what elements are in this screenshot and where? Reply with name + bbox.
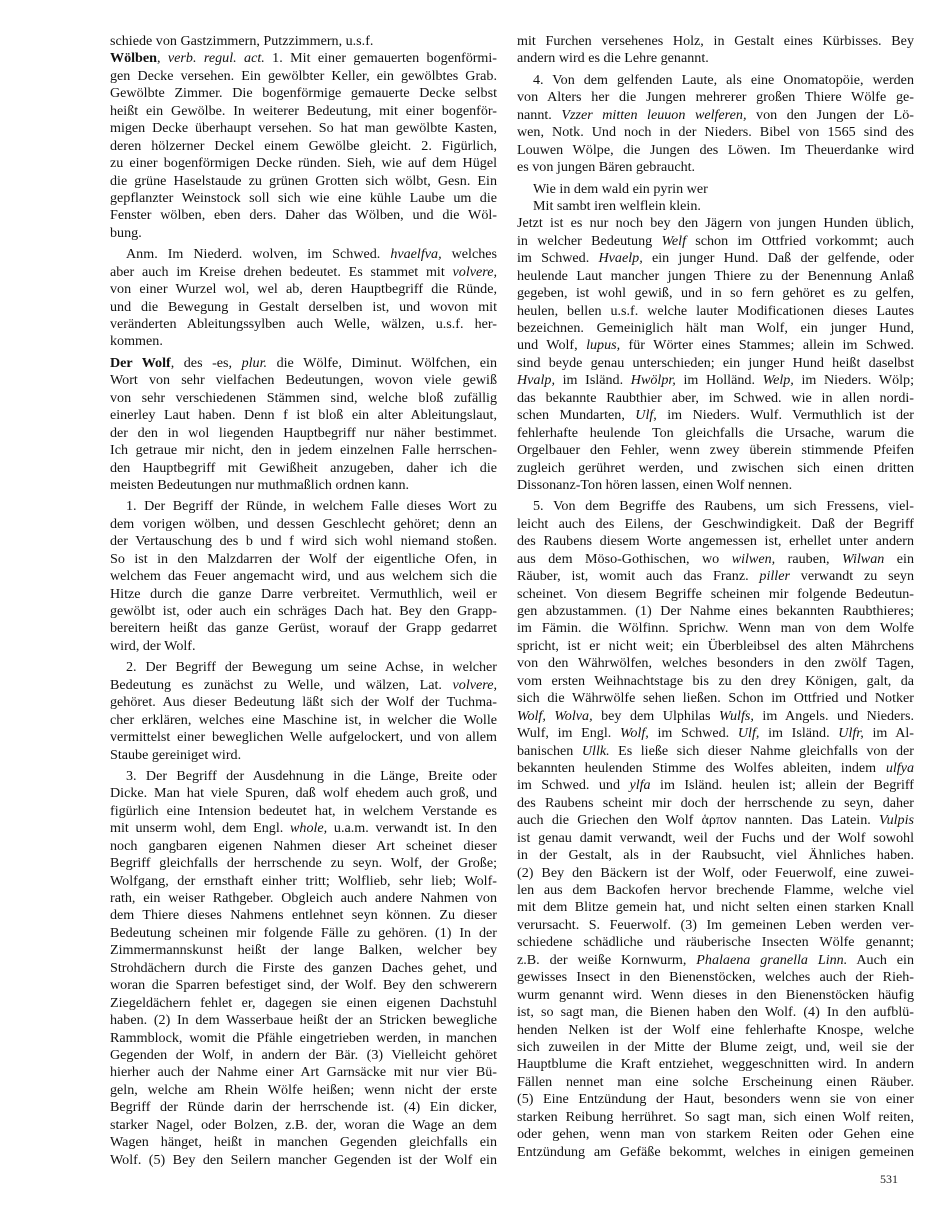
text-line: das bekannte Raubthier aber, im Schwed. … [517, 390, 914, 407]
text-line: sich zuweilen in der Mitte der Blume zei… [517, 1039, 914, 1056]
text-line: vermittelst einer beweglichen Welle aufg… [110, 729, 497, 746]
text-line: Mit sambt iren welflein klein. [517, 198, 914, 215]
text-line: von den Währwölfen, welches besonders in… [517, 655, 914, 672]
right-column: mit Furchen versehenes Holz, in Gestalt … [517, 33, 914, 1161]
text-line: hierher auch der Nahme einer Art Garnsäc… [110, 1064, 497, 1081]
text-line: cher erklären, welches eine Maschine ist… [110, 712, 497, 729]
text-line: Ziegeldächern fehlet er, dagegen sie ein… [110, 995, 497, 1012]
text-line: mit Furchen versehenes Holz, in Gestalt … [517, 33, 914, 50]
text-line: Dicke. Man hat viele Spuren, daß wolf eh… [110, 785, 497, 802]
text-line: 2. Der Begriff der Bewegung um seine Ach… [110, 659, 497, 676]
dictionary-page: schiede von Gastzimmern, Putzzimmern, u.… [0, 0, 935, 1210]
text-line: bung. [110, 225, 497, 242]
text-line: Hitze durch die ganze Darre verbreitet. … [110, 586, 497, 603]
text-line: und die Bewegung in Gestalt derselben is… [110, 299, 497, 316]
text-line: gewisses Insect in den Bienenstöcken, we… [517, 969, 914, 986]
text-line: len aus dem Backofen hervor brechende Fl… [517, 882, 914, 899]
text-line: veränderten Ableitungssylben auch Welle,… [110, 316, 497, 333]
text-line: der den in wol liegenden Hauptbegriff nu… [110, 425, 497, 442]
text-line: oder gehen, wenn man von starkem Reiten … [517, 1126, 914, 1143]
text-line: des Raubens diesem Worte angemessen ist,… [517, 533, 914, 550]
text-line: mit unserm wohl, dem Engl. whole, u.a.m.… [110, 820, 497, 837]
text-line: heißt ein Gewölbe. In weiterer Bedeutung… [110, 103, 497, 120]
text-line: und Wolf, lupus, für Wörter eines Stamme… [517, 337, 914, 354]
text-line: (5) Eine Entzündung der Haut, besonders … [517, 1091, 914, 1108]
text-line: noch gangbaren eigenen Nahmen dieser Art… [110, 838, 497, 855]
text-line: wird, der Wolf. [110, 638, 497, 655]
text-line: Hvalp, im Isländ. Hwölpr, im Holländ. We… [517, 372, 914, 389]
text-line: Rammblock, womit die Pfähle eingetrieben… [110, 1030, 497, 1047]
text-line: gewölbt ist, oder auch ein schräges Dach… [110, 603, 497, 620]
text-line: geln, welche am Rhein Wölfe heißen; wenn… [110, 1082, 497, 1099]
text-line: mit dem Blitze gemein hat, und nicht sel… [517, 899, 914, 916]
text-line: starken Reibung herrühret. So sagt man, … [517, 1109, 914, 1126]
text-line: bereitern heißt das ganze Gerüst, worauf… [110, 620, 497, 637]
text-line: 5. Von dem Begriffe des Raubens, um sich… [517, 498, 914, 515]
text-line: haben. (2) In dem Wasserbaue heißt der a… [110, 1012, 497, 1029]
text-line: aus dem Möso-Gothischen, wo wilwen, raub… [517, 551, 914, 568]
text-line: nannt. Vzzer mitten leuuon welferen, von… [517, 107, 914, 124]
text-line: ist genau damit verwandt, weil der Fuchs… [517, 830, 914, 847]
text-line: gegeben, ist wohl gewiß, und in so fern … [517, 285, 914, 302]
text-line: Wolfgang, der ernsthaft einher tritt; Wo… [110, 873, 497, 890]
text-line: dem vorigen wölben, und dessen Geschlech… [110, 516, 497, 533]
left-column: schiede von Gastzimmern, Putzzimmern, u.… [110, 33, 497, 1169]
text-line: Räuber, ist, womit auch das Franz. pille… [517, 568, 914, 585]
text-line: wen, Notk. Und noch in der Nieders. Bibe… [517, 124, 914, 141]
text-line: Gegenden der Wolf, in andern der Bär. (3… [110, 1047, 497, 1064]
text-line: in welcher Bedeutung Welf schon im Ottfr… [517, 233, 914, 250]
text-line: leicht auch des Eilens, der Geschwindigk… [517, 516, 914, 533]
text-line: woran die Sparren befestiget sind, der W… [110, 977, 497, 994]
text-line: in der Gestalt, als in der Raubsucht, vi… [517, 847, 914, 864]
text-line: einerley Laut haben. Denn f ist bloß ein… [110, 407, 497, 424]
text-line: sich die Währwölfe sehen ließen. Schon i… [517, 690, 914, 707]
text-line: Wulf, im Engl. Wolf, im Schwed. Ulf, im … [517, 725, 914, 742]
text-line: starker Nagel, oder Bolzen, z.B. der, wo… [110, 1117, 497, 1134]
text-line: von sehr verschiedenen Stämmen sind, wel… [110, 390, 497, 407]
text-line: Anm. Im Niederd. wolven, im Schwed. hvae… [110, 246, 497, 263]
text-line: 1. Der Begriff der Ründe, in welchem Fal… [110, 498, 497, 515]
text-line: aber auch im Kreise drehen bedeutet. Es … [110, 264, 497, 281]
text-line: Fällen nennet man eine solche Erscheinun… [517, 1074, 914, 1091]
text-line: Begriff gleichfalls der herrschende zu s… [110, 855, 497, 872]
text-line: des Raubens scheint mir doch der herrsch… [517, 795, 914, 812]
text-line: Jetzt ist es nur noch bey den Jägern von… [517, 215, 914, 232]
text-line: fehlerhafte heulende Ton gleichfalls die… [517, 425, 914, 442]
text-line: dem Thiere dieses Nahmens entlehnet seyn… [110, 907, 497, 924]
text-line: Der Wolf, des -es, plur. die Wölfe, Dimi… [110, 355, 497, 372]
text-line: scheinet. Von diesem Begriffe scheinen m… [517, 586, 914, 603]
text-line: schen Mundarten, Ulf, im Nieders. Wulf. … [517, 407, 914, 424]
text-line: Bedeutung scheinen mir folgende Fälle zu… [110, 925, 497, 942]
text-line: rath, ein weiser Rathgeber. Obgleich auc… [110, 890, 497, 907]
text-line: Strohdächern durch die Firste des ganzen… [110, 960, 497, 977]
text-line: bekannten heulenden Stimme des Wolfes ab… [517, 760, 914, 777]
text-line: heulen, bellen u.s.f. welche lauter Modi… [517, 303, 914, 320]
text-line: meisten Bedeutungen nur muthmaßlich ordn… [110, 477, 497, 494]
text-line: banischen Ullk. Es ließe sich dieser Nah… [517, 743, 914, 760]
text-line: die grüne Haselstaude zu grünen Grotten … [110, 173, 497, 190]
text-line: gen abzustammen. (1) Der Nahme eines bek… [517, 603, 914, 620]
text-line: sind beyde genau unterschieden; ein jung… [517, 355, 914, 372]
text-line: zu einer bogenförmigen Decke ründen. Sie… [110, 155, 497, 172]
text-line: kommen. [110, 333, 497, 350]
text-line: Wagen hänget, heißt in manchen Gegenden … [110, 1134, 497, 1151]
text-line: es von jungen Bären gebraucht. [517, 159, 914, 176]
text-line: auch die Griechen den Wolf ἁρπον nannten… [517, 812, 914, 829]
text-line: vom ersten Weihnachtstage bis zu den dre… [517, 673, 914, 690]
text-line: gehöret. Aus dieser Bedeutung läßt sich … [110, 694, 497, 711]
text-line: Wie in dem wald ein pyrin wer [517, 181, 914, 198]
text-line: Bedeutung es zunächst zu Welle, und wälz… [110, 677, 497, 694]
text-line: Louwen Wölpe, die Jungen des Löwen. Im T… [517, 142, 914, 159]
text-line: henden Nelken ist der Wolf eine fehlerha… [517, 1022, 914, 1039]
text-line: bezeichnen. Gemeiniglich hält man Wolf, … [517, 320, 914, 337]
text-line: den Hauptbegriff mit Gewißheit anzugeben… [110, 460, 497, 477]
text-line: 3. Der Begriff der Ausdehnung in die Län… [110, 768, 497, 785]
text-line: heulende Laut mancher jungen Thiere zu d… [517, 268, 914, 285]
text-line: gen Decke versehen. Ein gewölbter Keller… [110, 68, 497, 85]
text-line: der Vertauschung des b und f wird sich w… [110, 533, 497, 550]
text-line: Gewölbte Zimmer. Die bogenförmige gemaue… [110, 85, 497, 102]
text-line: Orgelbauer den Fehler, wenn zwey überein… [517, 442, 914, 459]
text-line: gepflanzter Weinstock soll sich wie eine… [110, 190, 497, 207]
text-line: (2) Bey den Bäckern ist der Wolf, oder F… [517, 865, 914, 882]
text-line: z.B. der weiße Kornwurm, Phalaena granel… [517, 952, 914, 969]
page-number: 531 [880, 1172, 898, 1187]
text-line: schiedene schädliche und räuberische Ins… [517, 934, 914, 951]
text-line: Ich getraue mir nicht, den in jedem einz… [110, 442, 497, 459]
text-line: migen Decke überhaupt versehen. So hat m… [110, 120, 497, 137]
text-line: welchem das Feuer angemacht wird, und au… [110, 568, 497, 585]
text-line: Entzündung am Gefäße bekommt, welches in… [517, 1144, 914, 1161]
text-line: Fenster wölben, eben ders. Daher das Wöl… [110, 207, 497, 224]
text-line: Zimmermannskunst heißt der lange Balken,… [110, 942, 497, 959]
text-line: Wort von sehr vielfachen Bedeutungen, wo… [110, 372, 497, 389]
text-line: spricht, ist er nicht weit; ein Überblei… [517, 638, 914, 655]
text-line: andern wird es die Lehre genannt. [517, 50, 914, 67]
text-line: So ist in den Malzdarren der Wolf der ei… [110, 551, 497, 568]
text-line: ist, so sagt man, die Bienen haben den W… [517, 1004, 914, 1021]
text-line: von einer Wurzel wol, wel ab, deren Haup… [110, 281, 497, 298]
text-line: 4. Von dem gelfenden Laute, als eine Ono… [517, 72, 914, 89]
text-line: zugleich gerühret werden, und zwischen s… [517, 460, 914, 477]
text-line: Dissonanz-Ton hören lassen, einen Wolf n… [517, 477, 914, 494]
text-line: Wolf. (5) Bey den Seilern mancher Gegend… [110, 1152, 497, 1169]
text-line: figürlich eine Intension bedeutet hat, i… [110, 803, 497, 820]
text-line: Begriff der Ründe darin der herrschende … [110, 1099, 497, 1116]
text-line: im Fämin. die Wölfinn. Sprichw. Wenn man… [517, 620, 914, 637]
text-line: im Schwed. und ylfa im Isländ. heulen is… [517, 777, 914, 794]
text-line: im Schwed. Hvaelp, ein junger Hund. Daß … [517, 250, 914, 267]
text-line: deren hölzerner Deckel einem Gewölbe gle… [110, 138, 497, 155]
text-line: Hauptblume die Kraft entziehet, weggesch… [517, 1056, 914, 1073]
text-line: verursacht. S. Feuerwolf. (3) Im gemeine… [517, 917, 914, 934]
text-line: Staube gereiniget wird. [110, 747, 497, 764]
text-line: von Alters her die Jungen mehrerer große… [517, 89, 914, 106]
text-line: schiede von Gastzimmern, Putzzimmern, u.… [110, 33, 497, 50]
text-line: wurm genannt wird. Wenn dieses in den Bi… [517, 987, 914, 1004]
text-line: Wölben, verb. regul. act. 1. Mit einer g… [110, 50, 497, 67]
text-line: Wolf, Wolva, bey dem Ulphilas Wulfs, im … [517, 708, 914, 725]
